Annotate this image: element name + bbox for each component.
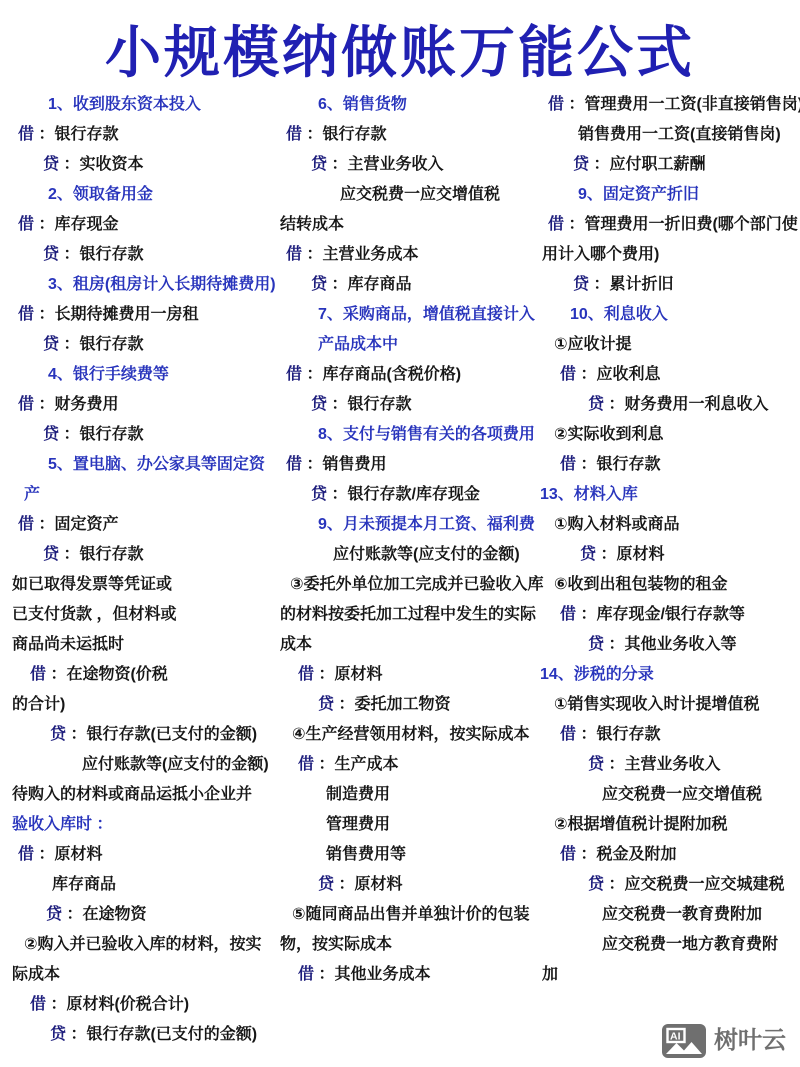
credit-label: 贷: [580, 546, 596, 563]
debit-line: 借 ：银行存款: [10, 123, 278, 147]
section-heading: 9、固定资产折旧: [540, 183, 796, 207]
account-text: 银行存款: [79, 246, 143, 263]
debit-label: 借: [560, 366, 576, 383]
debit-label: 借: [286, 126, 302, 143]
text-line: 应交税费一地方教育费附: [540, 933, 796, 957]
debit-line: 借 ：长期待摊费用一房租: [10, 303, 278, 327]
debit-label: 借: [548, 216, 564, 233]
debit-label: 借: [18, 396, 34, 413]
debit-label: 借: [18, 846, 34, 863]
text-line: ②实际收到利息: [540, 423, 796, 447]
debit-line: 借 ：管理费用一工资(非直接销售岗): [540, 93, 796, 117]
text-line: 应交税费一应交增值税: [278, 183, 540, 207]
credit-line: 贷 ：主营业务收入: [540, 753, 796, 777]
credit-label: 贷: [573, 156, 589, 173]
page-title: 小规模纳做账万能公式: [0, 0, 800, 87]
section-heading: 6、销售货物: [278, 93, 540, 117]
colon: ：: [34, 126, 54, 143]
credit-label: 贷: [43, 426, 59, 443]
account-text: 银行存款(已支付的金额): [86, 726, 257, 743]
debit-line: 借 ：生产成本: [278, 753, 540, 777]
colon: ：: [604, 396, 624, 413]
debit-line: 借 ：银行存款: [278, 123, 540, 147]
account-text: 销售费用: [322, 456, 386, 473]
colon: ：: [589, 276, 609, 293]
credit-line: 贷 ：在途物资: [10, 903, 278, 927]
colon: ：: [334, 696, 354, 713]
credit-label: 贷: [311, 276, 327, 293]
account-text: 管理费用一工资(非直接销售岗): [584, 96, 800, 113]
text-line: 物，按实际成本: [278, 933, 540, 957]
colon: ：: [576, 726, 596, 743]
account-text: 主营业务成本: [322, 246, 418, 263]
account-text: 银行存款: [347, 396, 411, 413]
credit-line: 贷 ：原材料: [278, 873, 540, 897]
colon: ：: [62, 906, 82, 923]
debit-label: 借: [18, 216, 34, 233]
credit-label: 贷: [43, 246, 59, 263]
account-text: 库存商品: [347, 276, 411, 293]
account-text: 累计折旧: [609, 276, 673, 293]
colon: ：: [59, 156, 79, 173]
account-text: 银行存款: [79, 426, 143, 443]
text-line: ②购入并已验收入库的材料，按实: [10, 933, 278, 957]
text-line: 应交税费一应交增值税: [540, 783, 796, 807]
credit-label: 贷: [573, 276, 589, 293]
debit-label: 借: [18, 126, 34, 143]
account-text: 长期待摊费用一房租: [54, 306, 198, 323]
text-line: 的材料按委托加工过程中发生的实际: [278, 603, 540, 627]
credit-line: 贷 ：主营业务收入: [278, 153, 540, 177]
colon: ：: [302, 246, 322, 263]
debit-label: 借: [548, 96, 564, 113]
colon: ：: [604, 756, 624, 773]
section-heading: 2、领取备用金: [10, 183, 278, 207]
colon: ：: [327, 156, 347, 173]
debit-line: 借 ：原材料: [10, 843, 278, 867]
credit-line: 贷 ：银行存款: [10, 423, 278, 447]
account-text: 管理费用一折旧费(哪个部门使: [584, 216, 797, 233]
account-text: 主营业务收入: [347, 156, 443, 173]
colon: ：: [34, 516, 54, 533]
debit-label: 借: [298, 666, 314, 683]
text-line: ③委托外单位加工完成并已验收入库: [278, 573, 540, 597]
text-line: ①销售实现收入时计提增值税: [540, 693, 796, 717]
credit-line: 贷 ：银行存款/库存现金: [278, 483, 540, 507]
colon: ：: [314, 966, 334, 983]
credit-line: 贷 ：银行存款: [10, 543, 278, 567]
debit-line: 借 ：财务费用: [10, 393, 278, 417]
colon: ：: [589, 156, 609, 173]
colon: ：: [59, 246, 79, 263]
debit-label: 借: [30, 666, 46, 683]
text-line: 管理费用: [278, 813, 540, 837]
account-text: 银行存款: [596, 456, 660, 473]
account-text: 其他业务收入等: [624, 636, 736, 653]
colon: ：: [564, 216, 584, 233]
credit-label: 贷: [43, 156, 59, 173]
account-text: 银行存款: [79, 546, 143, 563]
account-text: 原材料(价税合计): [66, 996, 189, 1013]
highlight-line: 验收入库时 ：: [10, 813, 278, 837]
credit-line: 贷 ：实收资本: [10, 153, 278, 177]
credit-label: 贷: [311, 486, 327, 503]
credit-label: 贷: [318, 876, 334, 893]
colon: ：: [302, 126, 322, 143]
debit-label: 借: [18, 306, 34, 323]
colon: ：: [327, 276, 347, 293]
colon: ：: [66, 726, 86, 743]
colon: ：: [34, 216, 54, 233]
text-line: ④生产经营领用材料，按实际成本: [278, 723, 540, 747]
credit-line: 贷 ：其他业务收入等: [540, 633, 796, 657]
colon: ：: [34, 846, 54, 863]
text-line: 结转成本: [278, 213, 540, 237]
watermark-label: 树叶云: [714, 1029, 786, 1053]
credit-line: 贷 ：银行存款: [278, 393, 540, 417]
debit-line: 借 ：在途物资(价税: [10, 663, 278, 687]
text-line: 待购入的材料或商品运抵小企业并: [10, 783, 278, 807]
credit-line: 贷 ：委托加工物资: [278, 693, 540, 717]
colon: ：: [327, 396, 347, 413]
account-text: 其他业务成本: [334, 966, 430, 983]
section-heading: 5、置电脑、办公家具等固定资: [10, 453, 278, 477]
debit-line: 借 ：固定资产: [10, 513, 278, 537]
debit-line: 借 ：库存现金: [10, 213, 278, 237]
section-heading: 13、材料入库: [540, 483, 796, 507]
credit-line: 贷 ：库存商品: [278, 273, 540, 297]
credit-label: 贷: [318, 696, 334, 713]
account-text: 固定资产: [54, 516, 118, 533]
debit-label: 借: [560, 726, 576, 743]
colon: ：: [314, 666, 334, 683]
colon: ：: [66, 1026, 86, 1043]
debit-line: 借 ：管理费用一折旧费(哪个部门使: [540, 213, 796, 237]
account-text: 应付职工薪酬: [609, 156, 705, 173]
colon: ：: [327, 486, 347, 503]
debit-line: 借 ：银行存款: [540, 723, 796, 747]
debit-label: 借: [286, 366, 302, 383]
colon: ：: [576, 456, 596, 473]
credit-line: 贷 ：银行存款: [10, 333, 278, 357]
credit-line: 贷 ：银行存款(已支付的金额): [10, 723, 278, 747]
debit-line: 借 ：银行存款: [540, 453, 796, 477]
colon: ：: [314, 756, 334, 773]
section-heading: 14、涉税的分录: [540, 663, 796, 687]
colon: ：: [302, 366, 322, 383]
credit-label: 贷: [311, 156, 327, 173]
debit-line: 借 ：库存现金/银行存款等: [540, 603, 796, 627]
debit-line: 借 ：税金及附加: [540, 843, 796, 867]
accounting-formula-sheet: 小规模纳做账万能公式 1、收到股东资本投入借 ：银行存款贷 ：实收资本2、领取备…: [0, 0, 800, 1067]
credit-line: 贷 ：银行存款: [10, 243, 278, 267]
debit-line: 借 ：其他业务成本: [278, 963, 540, 987]
text-line: ⑤随同商品出售并单独计价的包装: [278, 903, 540, 927]
debit-line: 借 ：主营业务成本: [278, 243, 540, 267]
credit-label: 贷: [311, 396, 327, 413]
watermark: AI 树叶云: [661, 1023, 786, 1059]
credit-line: 贷 ：应交税费一应交城建税: [540, 873, 796, 897]
account-text: 应收利息: [596, 366, 660, 383]
section-heading: 产: [10, 483, 278, 507]
text-line: ②根据增值税计提附加税: [540, 813, 796, 837]
debit-label: 借: [298, 966, 314, 983]
credit-line: 贷 ：原材料: [540, 543, 796, 567]
debit-label: 借: [560, 846, 576, 863]
colon: ：: [604, 876, 624, 893]
text-line: 成本: [278, 633, 540, 657]
account-text: 银行存款(已支付的金额): [86, 1026, 257, 1043]
account-text: 实收资本: [79, 156, 143, 173]
credit-line: 贷 ：应付职工薪酬: [540, 153, 796, 177]
debit-label: 借: [286, 456, 302, 473]
credit-label: 贷: [46, 906, 62, 923]
account-text: 生产成本: [334, 756, 398, 773]
debit-label: 借: [18, 516, 34, 533]
text-line: 加: [540, 963, 796, 987]
text-line: 的合计): [10, 693, 278, 717]
colon: ：: [46, 666, 66, 683]
ai-photo-icon: AI: [661, 1023, 707, 1059]
account-text: 财务费用: [54, 396, 118, 413]
formula-columns: 1、收到股东资本投入借 ：银行存款贷 ：实收资本2、领取备用金借 ：库存现金贷 …: [0, 87, 800, 1053]
credit-label: 贷: [588, 636, 604, 653]
colon: ：: [564, 96, 584, 113]
debit-label: 借: [560, 606, 576, 623]
account-text: 银行存款: [596, 726, 660, 743]
account-text: 库存现金: [54, 216, 118, 233]
text-line: 销售费用一工资(直接销售岗): [540, 123, 796, 147]
column-3: 借 ：管理费用一工资(非直接销售岗)销售费用一工资(直接销售岗)贷 ：应付职工薪…: [540, 93, 796, 993]
debit-label: 借: [298, 756, 314, 773]
colon: ：: [334, 876, 354, 893]
account-text: 原材料: [54, 846, 102, 863]
debit-line: 借 ：销售费用: [278, 453, 540, 477]
text-line: ①应收计提: [540, 333, 796, 357]
colon: ：: [34, 396, 54, 413]
account-text: 库存商品(含税价格): [322, 366, 461, 383]
colon: ：: [576, 606, 596, 623]
debit-line: 借 ：应收利息: [540, 363, 796, 387]
debit-label: 借: [286, 246, 302, 263]
account-text: 税金及附加: [596, 846, 676, 863]
credit-line: 贷 ：财务费用一利息收入: [540, 393, 796, 417]
credit-label: 贷: [588, 396, 604, 413]
debit-line: 借 ：原材料: [278, 663, 540, 687]
text-line: ⑥收到出租包装物的租金: [540, 573, 796, 597]
account-text: 银行存款: [79, 336, 143, 353]
column-2: 6、销售货物借 ：银行存款贷 ：主营业务收入应交税费一应交增值税结转成本借 ：主…: [278, 93, 540, 993]
account-text: 主营业务收入: [624, 756, 720, 773]
colon: ：: [59, 546, 79, 563]
credit-line: 贷 ：累计折旧: [540, 273, 796, 297]
svg-text:AI: AI: [670, 1031, 681, 1043]
text-line: 用计入哪个费用): [540, 243, 796, 267]
section-heading: 4、银行手续费等: [10, 363, 278, 387]
colon: ：: [604, 636, 624, 653]
text-line: 制造费用: [278, 783, 540, 807]
text-line: 际成本: [10, 963, 278, 987]
account-text: 在途物资: [82, 906, 146, 923]
credit-label: 贷: [588, 876, 604, 893]
account-text: 委托加工物资: [354, 696, 450, 713]
section-heading: 10、利息收入: [540, 303, 796, 327]
account-text: 应交税费一应交城建税: [624, 876, 784, 893]
colon: ：: [46, 996, 66, 1013]
credit-label: 贷: [50, 726, 66, 743]
text-line: 库存商品: [10, 873, 278, 897]
account-text: 原材料: [334, 666, 382, 683]
section-heading: 9、月未预提本月工资、福利费: [278, 513, 540, 537]
colon: ：: [596, 546, 616, 563]
section-heading: 1、收到股东资本投入: [10, 93, 278, 117]
debit-line: 借 ：原材料(价税合计): [10, 993, 278, 1017]
text-line: 应付账款等(应支付的金额): [10, 753, 278, 777]
credit-label: 贷: [588, 756, 604, 773]
text-line: 销售费用等: [278, 843, 540, 867]
colon: ：: [59, 336, 79, 353]
credit-label: 贷: [43, 546, 59, 563]
credit-line: 贷 ：银行存款(已支付的金额): [10, 1023, 278, 1047]
credit-label: 贷: [50, 1026, 66, 1043]
account-text: 原材料: [354, 876, 402, 893]
text-line: 应付账款等(应支付的金额): [278, 543, 540, 567]
text-line: 已支付货款 ，但材料或: [10, 603, 278, 627]
text-line: 如已取得发票等凭证或: [10, 573, 278, 597]
debit-label: 借: [560, 456, 576, 473]
debit-label: 借: [30, 996, 46, 1013]
column-1: 1、收到股东资本投入借 ：银行存款贷 ：实收资本2、领取备用金借 ：库存现金贷 …: [10, 93, 278, 1053]
section-heading: 8、支付与销售有关的各项费用: [278, 423, 540, 447]
account-text: 原材料: [616, 546, 664, 563]
credit-label: 贷: [43, 336, 59, 353]
debit-line: 借 ：库存商品(含税价格): [278, 363, 540, 387]
colon: ：: [576, 846, 596, 863]
text-line: 商品尚未运抵时: [10, 633, 278, 657]
account-text: 库存现金/银行存款等: [596, 606, 744, 623]
colon: ：: [576, 366, 596, 383]
section-heading: 产品成本中: [278, 333, 540, 357]
section-heading: 7、采购商品，增值税直接计入: [278, 303, 540, 327]
colon: ：: [59, 426, 79, 443]
account-text: 银行存款/库存现金: [347, 486, 479, 503]
account-text: 财务费用一利息收入: [624, 396, 768, 413]
colon: ：: [34, 306, 54, 323]
colon: ：: [302, 456, 322, 473]
text-line: ①购入材料或商品: [540, 513, 796, 537]
account-text: 银行存款: [54, 126, 118, 143]
section-heading: 3、租房(租房计入长期待摊费用): [10, 273, 278, 297]
account-text: 银行存款: [322, 126, 386, 143]
account-text: 在途物资(价税: [66, 666, 167, 683]
text-line: 应交税费一教育费附加: [540, 903, 796, 927]
